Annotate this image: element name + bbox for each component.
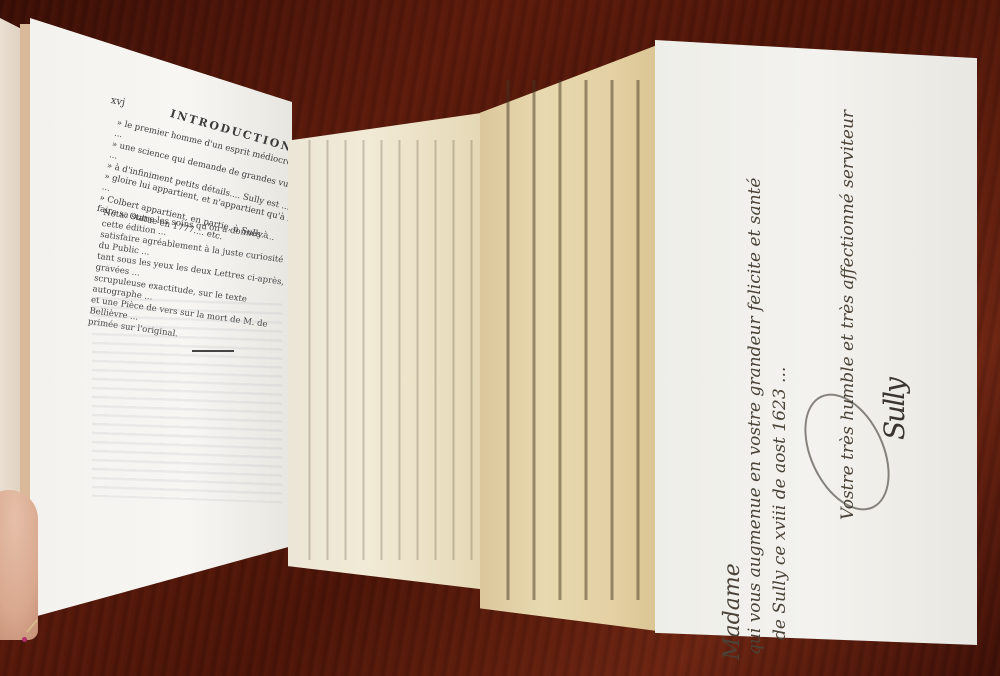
matchstick-head (22, 637, 27, 642)
letter-line: qui vous augmenue en vostre grandeur fel… (745, 178, 765, 656)
letter-signature: Sully (878, 379, 911, 440)
handwriting-dense (492, 80, 662, 600)
thumb (0, 490, 38, 640)
manuscript-fold-front (655, 40, 977, 645)
letter-salutation: Madame (720, 563, 745, 660)
handwriting-faint (300, 140, 480, 560)
letter-line: de Sully ce xviii de aost 1623 ... (770, 367, 790, 640)
bleed-through-text (92, 297, 282, 504)
